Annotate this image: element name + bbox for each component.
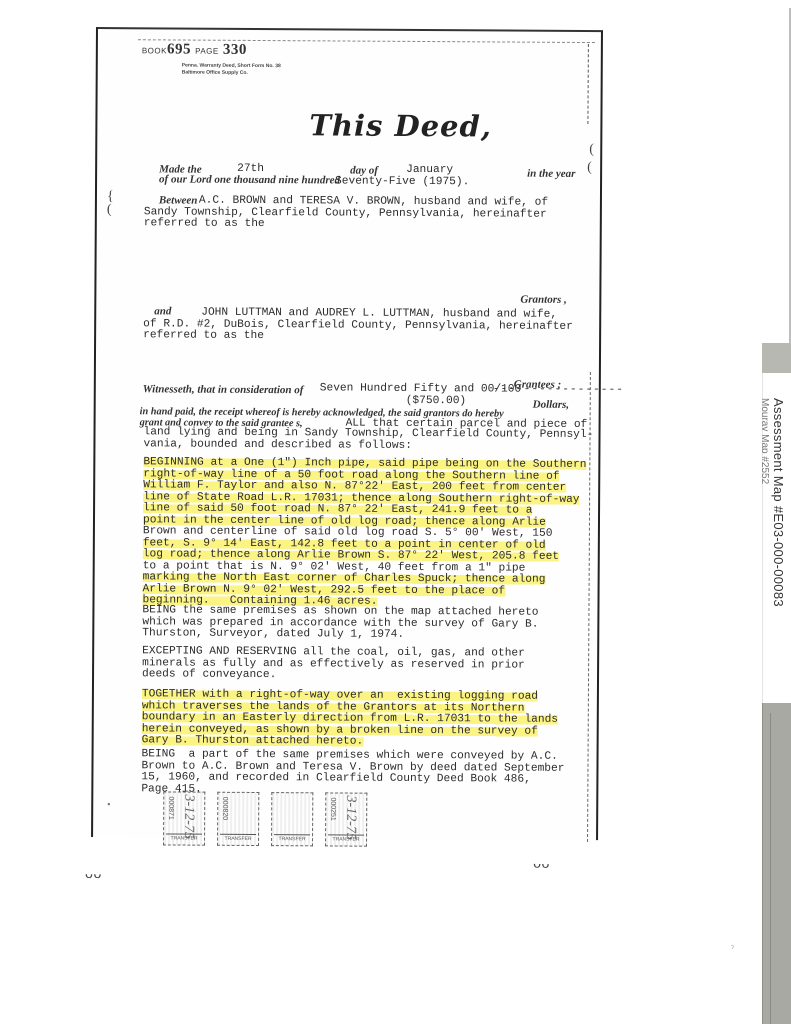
year-prefix-label: of our Lord one thousand nine hundred [159, 173, 340, 186]
dollars-label: Dollars, [533, 399, 569, 411]
scan-speck: • [107, 799, 110, 809]
grantors-label: Grantors , [520, 294, 567, 306]
grantees-text: JOHN LUTTMAN and AUDREY L. LUTTMAN, husb… [143, 307, 573, 344]
map-number-label: Mouray Map #2552 [762, 398, 770, 484]
together-paragraph: TOGETHER with a right-of-way over an exi… [142, 689, 559, 749]
transfer-stamp: 000251 3-12-75 TRANSFER [325, 792, 367, 846]
scan-speck: ˀ [730, 945, 735, 954]
transfer-stamp: 000820 TRANSFER [217, 792, 259, 846]
in-the-year-label: in the year [527, 168, 575, 180]
deed-title: This Deed, [309, 108, 492, 143]
margin-mark: ( [589, 142, 594, 158]
legal-description: BEGINNING at a One (1") Inch pipe, said … [142, 457, 586, 609]
margin-mark: ( [587, 160, 592, 176]
scan-border-right [587, 44, 588, 124]
being-map-paragraph: BEING the same premises as shown on the … [142, 605, 538, 642]
transfer-stamp: TRANSFER [271, 792, 313, 846]
deed-month: January [406, 164, 453, 176]
page-number: 330 [223, 42, 247, 58]
form-note: Penna. Warranty Deed, Short Form No. 38 … [182, 63, 281, 78]
margin-mark: ( [107, 202, 112, 218]
land-lying-text: land lying and being in Sandy Township, … [143, 427, 593, 453]
consideration-amount: ($750.00) [406, 395, 467, 407]
folder-tab [762, 343, 791, 373]
witnesseth-label: Witnesseth, that in consideration of [143, 383, 304, 396]
assessment-map-label: Assessment Map #E03-000-00083 [771, 398, 786, 607]
folder-bottom [762, 703, 791, 1024]
excepting-paragraph: EXCEPTING AND RESERVING all the coal, oi… [142, 646, 525, 683]
book-page-reference: BOOK695 PAGE 330 [142, 41, 247, 59]
binding-mark-right: ᴗᴗ [533, 857, 550, 873]
deed-page: BOOK695 PAGE 330 Penna. Warranty Deed, S… [91, 27, 603, 840]
consideration-text: Seven Hundred Fifty and 00/100 [320, 382, 521, 395]
being-part-paragraph: BEING a part of the same premises which … [141, 749, 564, 798]
consideration-dashes: ----------------- [493, 383, 624, 396]
transfer-stamp: 000871 3-12-75 TRANSFER [163, 791, 205, 845]
deed-year: Seventy-Five (1975). [335, 175, 469, 188]
grantors-text: A.C. BROWN and TERESA V. BROWN, husband … [144, 195, 548, 232]
transfer-stamps: 000871 3-12-75 TRANSFER 000820 TRANSFER … [163, 791, 403, 848]
book-number: 695 [167, 41, 191, 57]
binding-mark-left: ᴗᴗ [85, 867, 102, 883]
